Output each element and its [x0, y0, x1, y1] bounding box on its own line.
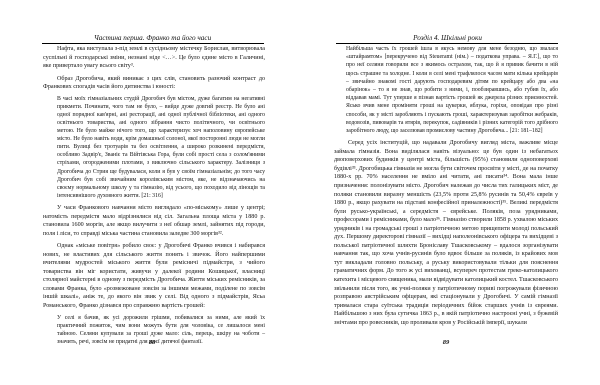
- left-page: Частина перша. Франко та його часи Нафта…: [0, 0, 300, 385]
- page-number: 88: [132, 339, 172, 346]
- page-body: Нафта, яка виступала з-під землі в сусід…: [43, 45, 265, 346]
- page-number: 89: [426, 339, 466, 346]
- header-rule: [42, 43, 264, 44]
- paragraph: Образ Дрогобича, який виникає з цих слів…: [43, 75, 265, 92]
- right-page: Розділ 4. Шкільні роки Найбільша часть ї…: [300, 0, 600, 385]
- paragraph: У часи Франкового навчання місто вигляда…: [43, 204, 265, 238]
- paragraph: Серед усіх інституцій, що надавали Дрого…: [334, 139, 558, 327]
- header-rule: [336, 43, 558, 44]
- running-header: Частина перша. Франко та його часи: [40, 34, 265, 42]
- page-body: Найбільша часть їх грошей ішла в якусь н…: [334, 45, 558, 327]
- paragraph: Нафта, яка виступала з-під землі в сусід…: [43, 45, 265, 71]
- running-header: Розділ 4. Шкільні роки: [335, 34, 560, 42]
- block-quote: В часі моїх гімназіальних студій Дрогоби…: [57, 95, 265, 200]
- block-quote: Найбільша часть їх грошей ішла в якусь н…: [346, 45, 558, 135]
- paragraph: Однак «міське повітря» робило своє: у Др…: [43, 242, 265, 310]
